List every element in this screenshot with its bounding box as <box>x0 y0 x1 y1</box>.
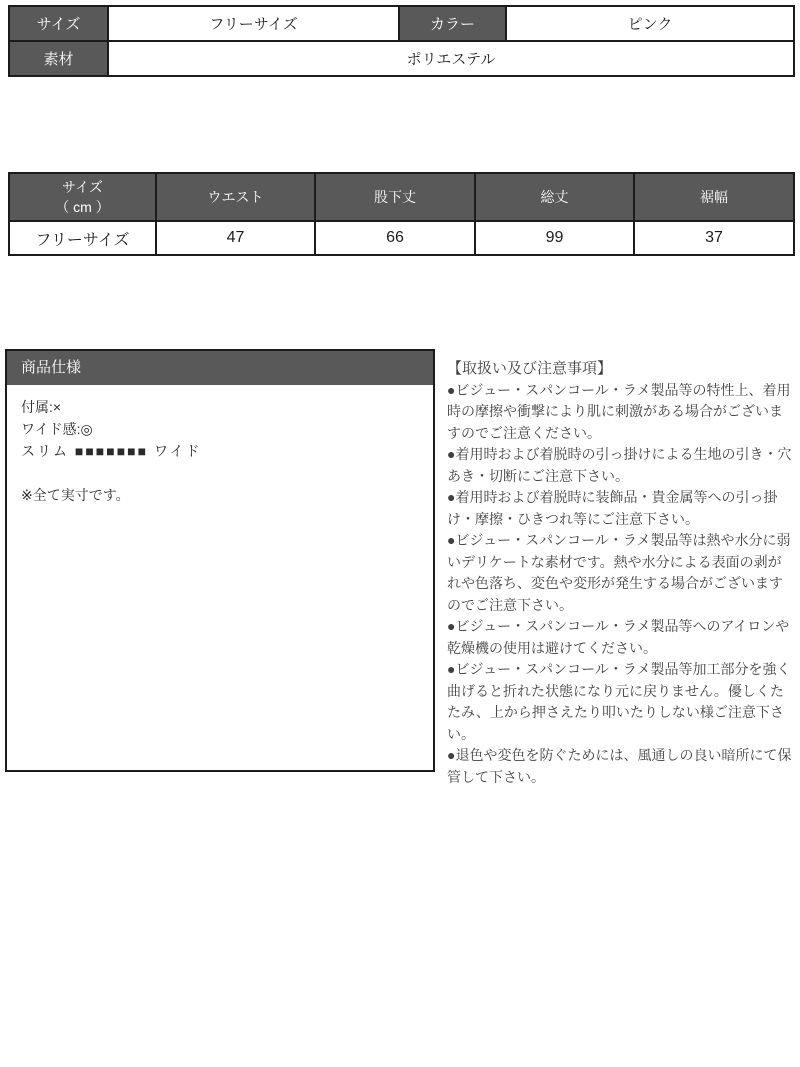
table-row: サイズ フリーサイズ カラー ピンク <box>9 6 794 41</box>
care-note-item: ●ビジュー・スパンコール・ラメ製品等へのアイロンや乾燥機の使用は避けてください。 <box>447 616 794 659</box>
waist-header-cell: ウエスト <box>156 173 315 221</box>
care-note-item: ●着用時および着脱時に装飾品・貴金属等への引っ掛け・摩擦・ひきつれ等にご注意下さ… <box>447 487 794 530</box>
care-note-item: ●ビジュー・スパンコール・ラメ製品等加工部分を強く曲げると折れた状態になり元に戻… <box>447 659 794 745</box>
care-note-item: ●ビジュー・スパンコール・ラメ製品等は熱や水分に弱いデリケートな素材です。熱や水… <box>447 530 794 616</box>
size-cm-header-line1: サイズ <box>10 177 155 197</box>
size-value-cell: フリーサイズ <box>108 6 399 41</box>
care-note-item: ●ビジュー・スパンコール・ラメ製品等の特性上、着用時の摩擦や衝撃により肌に刺激が… <box>447 380 794 445</box>
product-attribute-table: サイズ フリーサイズ カラー ピンク 素材 ポリエステル <box>8 5 795 77</box>
spec-measurement-note: ※全て実寸です。 <box>21 484 419 506</box>
inseam-value-cell: 66 <box>315 221 475 255</box>
total-length-value-cell: 99 <box>475 221 634 255</box>
measurements-header-row: サイズ （ cm ） ウエスト 股下丈 総丈 裾幅 <box>9 173 794 221</box>
product-spec-box: 商品仕様 付属:× ワイド感:◎ スリム ■■■■■■■ ワイド ※全て実寸です… <box>5 349 435 772</box>
spec-line-wideness: ワイド感:◎ <box>21 418 419 440</box>
size-cm-header-line2: （ cm ） <box>10 197 155 217</box>
size-row-label-cell: フリーサイズ <box>9 221 156 255</box>
size-header-cell: サイズ <box>9 6 108 41</box>
table-row: 素材 ポリエステル <box>9 41 794 76</box>
hem-width-header-cell: 裾幅 <box>634 173 794 221</box>
spec-line-slim-wide-gauge: スリム ■■■■■■■ ワイド <box>21 440 419 462</box>
color-header-cell: カラー <box>399 6 506 41</box>
care-note-item: ●着用時および着脱時の引っ掛けによる生地の引き・穴あき・切断にご注意下さい。 <box>447 444 794 487</box>
measurements-data-row: フリーサイズ 47 66 99 37 <box>9 221 794 255</box>
spec-line-accessories: 付属:× <box>21 396 419 418</box>
product-spec-body: 付属:× ワイド感:◎ スリム ■■■■■■■ ワイド ※全て実寸です。 <box>7 385 433 517</box>
care-notes-column: 【取扱い及び注意事項】 ●ビジュー・スパンコール・ラメ製品等の特性上、着用時の摩… <box>447 358 794 788</box>
measurements-table: サイズ （ cm ） ウエスト 股下丈 総丈 裾幅 フリーサイズ 47 66 9… <box>8 172 795 256</box>
care-notes-title: 【取扱い及び注意事項】 <box>447 358 794 380</box>
hem-width-value-cell: 37 <box>634 221 794 255</box>
material-header-cell: 素材 <box>9 41 108 76</box>
color-value-cell: ピンク <box>506 6 794 41</box>
total-length-header-cell: 総丈 <box>475 173 634 221</box>
size-cm-header-cell: サイズ （ cm ） <box>9 173 156 221</box>
care-note-item: ●退色や変色を防ぐためには、風通しの良い暗所にて保管して下さい。 <box>447 745 794 788</box>
material-value-cell: ポリエステル <box>108 41 794 76</box>
inseam-header-cell: 股下丈 <box>315 173 475 221</box>
product-spec-title: 商品仕様 <box>7 351 433 385</box>
waist-value-cell: 47 <box>156 221 315 255</box>
